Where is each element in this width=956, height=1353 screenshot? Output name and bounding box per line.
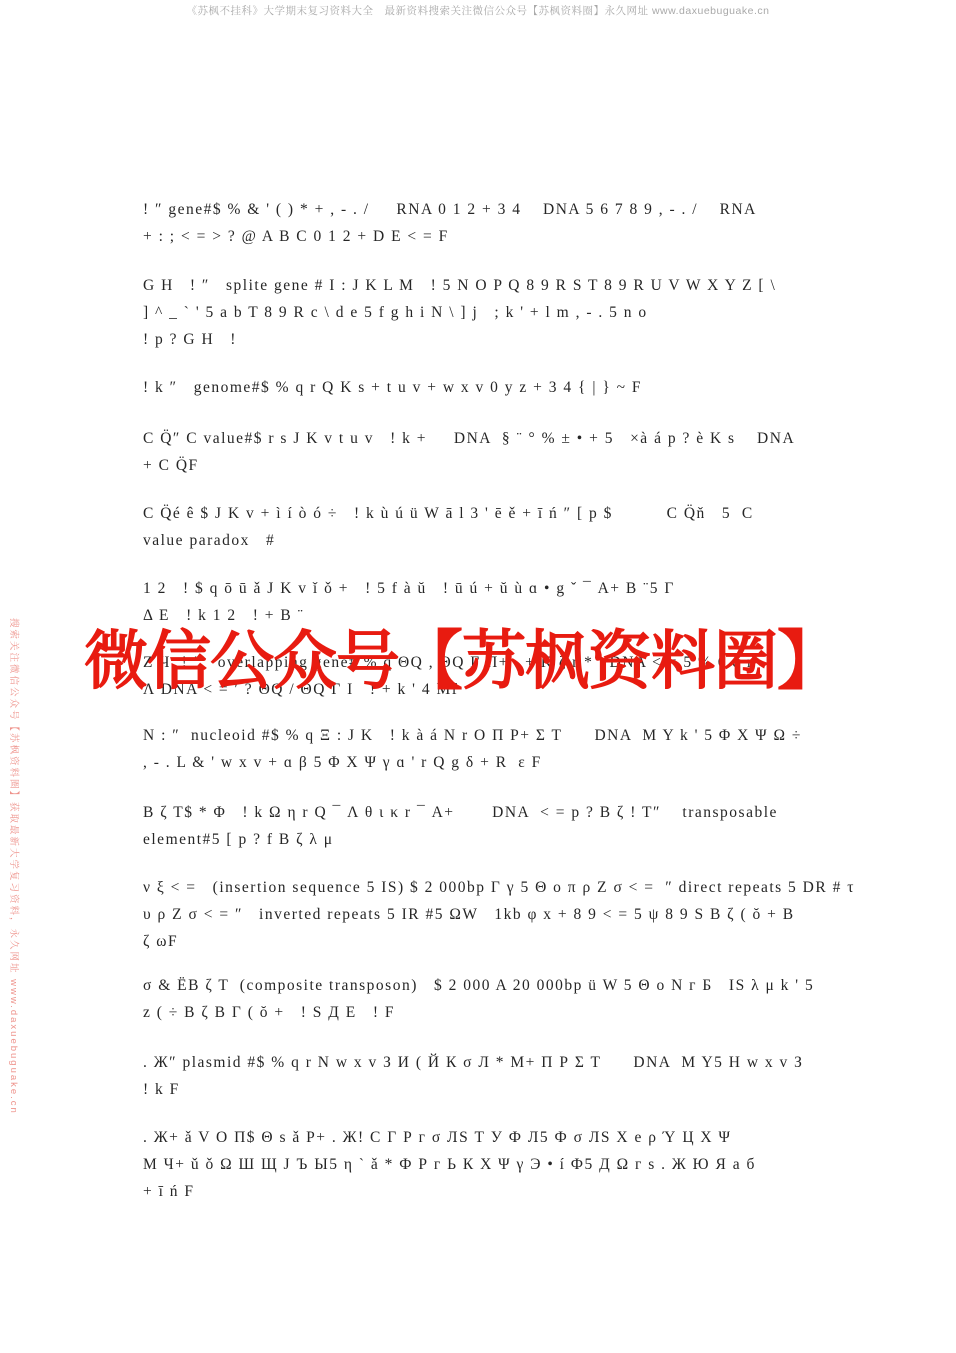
text-line: ζ ωF — [143, 928, 873, 955]
text-line: М Ч+ ǔ ǒ Ω Ш Щ J Ъ Ы5 η ` ǎ * Ф Р г Ь К … — [143, 1151, 873, 1178]
text-line: + : ; < = > ? @ A B C 0 1 2 + D E < = F — [143, 223, 873, 250]
text-line: ! k ″ genome#$ % q r Q K s + t u v + w x… — [143, 374, 873, 401]
text-line: . Ж″ plasmid #$ % q r N w x v З И ( Й К … — [143, 1049, 873, 1076]
text-line: ! k F — [143, 1076, 873, 1103]
paragraph: C Q̈″ C value#$ r s J K v t u v ! k + DN… — [143, 425, 873, 479]
text-line: 1 2 ! $ q ō ū ǎ J K v ǐ ǒ + ! 5 f à ŭ ! … — [143, 575, 873, 602]
text-line: + ī ń F — [143, 1178, 873, 1205]
text-line: , - . L & ' w x v + ɑ β 5 Φ Χ Ψ γ ɑ ' r … — [143, 749, 873, 776]
page-header-text: 《苏枫不挂科》大学期末复习资料大全 最新资料搜索关注微信公众号【苏枫资料圈】永久… — [0, 3, 956, 18]
text-line: ! p ? G H ! — [143, 326, 873, 353]
text-line: ν ξ < = (insertion sequence 5 IS) $ 2 00… — [143, 874, 873, 901]
text-line: C Q̈″ C value#$ r s J K v t u v ! k + DN… — [143, 425, 873, 452]
text-line: N : ″ nucleoid #$ % q Ξ : J K ! k à á N … — [143, 722, 873, 749]
paragraph: C Q̈é ê $ J K v + ì í ò ó ÷ ! k ù ú ü W … — [143, 500, 873, 554]
document-page: 《苏枫不挂科》大学期末复习资料大全 最新资料搜索关注微信公众号【苏枫资料圈】永久… — [0, 0, 956, 1353]
text-line: element#5 [ p ? f Β ζ λ μ — [143, 826, 873, 853]
paragraph: N : ″ nucleoid #$ % q Ξ : J K ! k à á N … — [143, 722, 873, 776]
paragraph: ! k ″ genome#$ % q r Q K s + t u v + w x… — [143, 374, 873, 401]
text-line: G H ! ″ splite gene # I : J K L M ! 5 N … — [143, 272, 873, 299]
text-line: + C Q̈F — [143, 452, 873, 479]
red-watermark-text: 微信公众号【苏枫资料圈】 — [84, 622, 914, 702]
paragraph: σ & ЁΒ ζ Τ (composite transposon) $ 2 00… — [143, 972, 873, 1026]
paragraph: ! ″ gene#$ % & ' ( ) * + , - . / RNA 0 1… — [143, 196, 873, 250]
paragraph: . Ж″ plasmid #$ % q r N w x v З И ( Й К … — [143, 1049, 873, 1103]
paragraph: G H ! ″ splite gene # I : J K L M ! 5 N … — [143, 272, 873, 353]
paragraph: 1 2 ! $ q ō ū ǎ J K v ǐ ǒ + ! 5 f à ŭ ! … — [143, 575, 873, 629]
text-line: σ & ЁΒ ζ Τ (composite transposon) $ 2 00… — [143, 972, 873, 999]
text-line: C Q̈é ê $ J K v + ì í ò ó ÷ ! k ù ú ü W … — [143, 500, 873, 527]
text-line: ! ″ gene#$ % & ' ( ) * + , - . / RNA 0 1… — [143, 196, 873, 223]
text-line: ] ^ _ ` ' 5 a b T 8 9 R c \ d e 5 f g h … — [143, 299, 873, 326]
text-line: υ ρ Ζ σ < = ″ inverted repeats 5 IR #5 Ω… — [143, 901, 873, 928]
paragraph: . Ж+ ǎ V Ο Π$ Θ s ǎ Ρ+ . Ж! С Г Р г σ ЛS… — [143, 1124, 873, 1205]
paragraph: ν ξ < = (insertion sequence 5 IS) $ 2 00… — [143, 874, 873, 955]
text-line: . Ж+ ǎ V Ο Π$ Θ s ǎ Ρ+ . Ж! С Г Р г σ ЛS… — [143, 1124, 873, 1151]
text-line: Β ζ Τ$ * Φ ! k Ω η r Q ¯ Λ θ ι κ r ¯ Α+ … — [143, 799, 873, 826]
text-line: value paradox # — [143, 527, 873, 554]
paragraph: Β ζ Τ$ * Φ ! k Ω η r Q ¯ Λ θ ι κ r ¯ Α+ … — [143, 799, 873, 853]
text-line: z ( ÷ Β ζ В Г ( ŏ + ! S Д Е ! F — [143, 999, 873, 1026]
left-vertical-watermark-text: 搜索关注微信公众号【苏枫资料圈】获取最新大学复习资料，永久网址 www.daxu… — [8, 618, 22, 1178]
